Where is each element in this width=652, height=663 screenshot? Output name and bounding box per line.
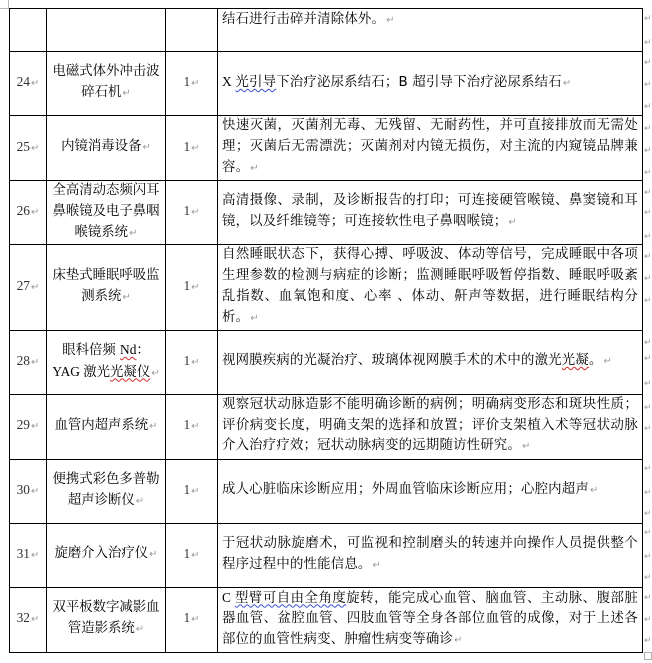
paragraph-mark-icon: ↵ bbox=[644, 509, 652, 519]
description-cell[interactable]: X 光引导下治疗泌尿系结石；B 超引导下治疗泌尿系结石↵ bbox=[218, 52, 643, 116]
page-corner-mark bbox=[0, 0, 9, 9]
description-cell[interactable]: 自然睡眠状态下，获得心搏、呼吸波、体动等信号，完成睡眠中各项生理参数的检测与病症… bbox=[218, 245, 643, 330]
row-number-cell: 26↵ bbox=[10, 181, 47, 245]
row-number-cell: 28↵ bbox=[10, 330, 47, 394]
device-name-cell bbox=[47, 9, 166, 52]
paragraph-mark-icon: ↵ bbox=[191, 78, 199, 89]
paragraph-mark-icon: ↵ bbox=[644, 338, 652, 348]
table-row: 31↵ 旋磨介入治疗仪↵ 1↵ 于冠状动脉旋磨术，可监视和控制磨头的转速并向操作… bbox=[10, 523, 643, 587]
row-number-cell: 32↵ bbox=[10, 587, 47, 652]
end-of-table-marker bbox=[644, 652, 652, 660]
quantity-cell[interactable]: 1↵ bbox=[166, 587, 218, 652]
quantity-cell[interactable]: 1↵ bbox=[166, 116, 218, 181]
paragraph-mark-icon: ↵ bbox=[122, 88, 130, 99]
grammar-underline: 型臂可自由全角度 bbox=[235, 591, 346, 606]
table-row: 24↵ 电磁式体外冲击波碎石机↵ 1↵ X 光引导下治疗泌尿系结石；B 超引导下… bbox=[10, 52, 643, 116]
paragraph-mark-icon: ↵ bbox=[191, 282, 199, 293]
description-cell[interactable]: 于冠状动脉旋磨术，可监视和控制磨头的转速并向操作人员提供整个程序过程中的性能信息… bbox=[218, 523, 643, 587]
paragraph-mark-icon: ↵ bbox=[644, 252, 652, 262]
table-row: 28↵ 眼科倍频 Nd： YAG 激光光凝仪↵ 1↵ 视网膜疾病的光凝治疗、玻璃… bbox=[10, 330, 643, 394]
quantity-cell[interactable]: 1↵ bbox=[166, 52, 218, 116]
paragraph-mark-icon: ↵ bbox=[31, 282, 39, 293]
paragraph-mark-icon: ↵ bbox=[191, 614, 199, 625]
paragraph-mark-icon: ↵ bbox=[250, 313, 259, 324]
description-cell[interactable]: 成人心脏临床诊断应用；外周血管临床诊断应用；心腔内超声↵ bbox=[218, 459, 643, 523]
paragraph-mark-icon: ↵ bbox=[136, 624, 144, 635]
paragraph-mark-icon: ↵ bbox=[508, 217, 517, 228]
paragraph-mark-icon: ↵ bbox=[644, 102, 652, 112]
paragraph-mark-icon: ↵ bbox=[31, 143, 39, 154]
paragraph-mark-icon: ↵ bbox=[191, 486, 199, 497]
quantity-cell bbox=[166, 9, 218, 52]
paragraph-mark-icon: ↵ bbox=[644, 80, 652, 90]
paragraph-mark-icon: ↵ bbox=[191, 550, 199, 561]
paragraph-mark-icon: ↵ bbox=[644, 296, 652, 306]
paragraph-mark-icon: ↵ bbox=[644, 615, 652, 625]
table-row: 25↵ 内镜消毒设备↵ 1↵ 快速灭菌，灭菌剂无毒、无残留、无耐药性，并可直接排… bbox=[10, 116, 643, 181]
description-cell[interactable]: C 型臂可自由全角度旋转，能完成心血管、脑血管、主动脉、腹部脏器血管、盆腔血管、… bbox=[218, 587, 643, 652]
paragraph-mark-icon: ↵ bbox=[644, 188, 652, 198]
paragraph-mark-icon: ↵ bbox=[373, 560, 382, 571]
paragraph-mark-icon: ↵ bbox=[644, 528, 652, 538]
description-cell[interactable]: 结石进行击碎并清除体外。↵ bbox=[218, 9, 643, 52]
paragraph-mark-icon: ↵ bbox=[644, 636, 652, 646]
paragraph-mark-icon: ↵ bbox=[644, 593, 652, 603]
paragraph-mark-icon: ↵ bbox=[644, 403, 652, 413]
paragraph-mark-icon: ↵ bbox=[590, 485, 599, 496]
quantity-cell[interactable]: 1↵ bbox=[166, 459, 218, 523]
device-name-cell[interactable]: 旋磨介入治疗仪↵ bbox=[47, 523, 166, 587]
row-number-cell: 27↵ bbox=[10, 245, 47, 330]
table-row: 29↵ 血管内超声系统↵ 1↵ 观察冠状动脉造影不能明确诊断的病例；明确病变形态… bbox=[10, 394, 643, 459]
description-cell[interactable]: 高清摄像、录制，及诊断报告的打印；可连接硬管喉镜、鼻窦镜和耳镜，以及纤维镜等；可… bbox=[218, 181, 643, 245]
paragraph-mark-icon: ↵ bbox=[386, 15, 395, 26]
table-row: 32↵ 双平板数字减影血管造影系统↵ 1↵ C 型臂可自由全角度旋转，能完成心血… bbox=[10, 587, 643, 652]
device-name-cell[interactable]: 双平板数字减影血管造影系统↵ bbox=[47, 587, 166, 652]
row-number-cell: 31↵ bbox=[10, 523, 47, 587]
paragraph-mark-icon: ↵ bbox=[31, 550, 39, 561]
paragraph-mark-icon: ↵ bbox=[644, 146, 652, 156]
paragraph-mark-icon: ↵ bbox=[142, 142, 150, 153]
description-cell[interactable]: 快速灭菌，灭菌剂无毒、无残留、无耐药性，并可直接排放而无需处理；灭菌后无需漂洗；… bbox=[218, 116, 643, 181]
paragraph-mark-icon: ↵ bbox=[644, 552, 652, 562]
device-name-cell[interactable]: 便携式彩色多普勒超声诊断仪↵ bbox=[47, 459, 166, 523]
paragraph-mark-icon: ↵ bbox=[31, 357, 39, 368]
device-name-cell[interactable]: 眼科倍频 Nd： YAG 激光光凝仪↵ bbox=[47, 330, 166, 394]
table-row: 30↵ 便携式彩色多普勒超声诊断仪↵ 1↵ 成人心脏临床诊断应用；外周血管临床诊… bbox=[10, 459, 643, 523]
paragraph-mark-icon: ↵ bbox=[644, 58, 652, 68]
paragraph-mark-icon: ↵ bbox=[191, 421, 199, 432]
paragraph-mark-icon: ↵ bbox=[644, 124, 652, 134]
paragraph-mark-icon: ↵ bbox=[31, 78, 39, 89]
quantity-cell[interactable]: 1↵ bbox=[166, 245, 218, 330]
paragraph-mark-icon: ↵ bbox=[250, 163, 259, 174]
spelling-underline: 光凝仪 bbox=[110, 365, 150, 380]
device-name-cell[interactable]: 血管内超声系统↵ bbox=[47, 394, 166, 459]
row-number-cell: 29↵ bbox=[10, 394, 47, 459]
device-name-cell[interactable]: 电磁式体外冲击波碎石机↵ bbox=[47, 52, 166, 116]
description-cell[interactable]: 视网膜疾病的光凝治疗、玻璃体视网膜手术的术中的激光光凝。↵ bbox=[218, 330, 643, 394]
paragraph-mark-icon: ↵ bbox=[644, 464, 652, 474]
table-row: 27↵ 床垫式睡眠呼吸监测系统↵ 1↵ 自然睡眠状态下，获得心搏、呼吸波、体动等… bbox=[10, 245, 643, 330]
paragraph-mark-icon: ↵ bbox=[149, 421, 157, 432]
paragraph-mark-icon: ↵ bbox=[454, 635, 463, 646]
device-name-cell[interactable]: 床垫式睡眠呼吸监测系统↵ bbox=[47, 245, 166, 330]
paragraph-mark-icon: ↵ bbox=[644, 354, 652, 364]
paragraph-mark-icon: ↵ bbox=[522, 441, 531, 452]
paragraph-mark-icon: ↵ bbox=[31, 207, 39, 218]
paragraph-mark-icon: ↵ bbox=[644, 573, 652, 583]
paragraph-mark-icon: ↵ bbox=[191, 143, 199, 154]
paragraph-mark-icon: ↵ bbox=[31, 486, 39, 497]
row-number-cell bbox=[10, 9, 47, 52]
paragraph-mark-icon: ↵ bbox=[191, 357, 199, 368]
quantity-cell[interactable]: 1↵ bbox=[166, 181, 218, 245]
paragraph-mark-icon: ↵ bbox=[644, 274, 652, 284]
quantity-cell[interactable]: 1↵ bbox=[166, 523, 218, 587]
paragraph-mark-icon: ↵ bbox=[644, 232, 652, 242]
paragraph-mark-icon: ↵ bbox=[136, 496, 144, 507]
paragraph-mark-icon: ↵ bbox=[122, 292, 130, 303]
description-cell[interactable]: 观察冠状动脉造影不能明确诊断的病例；明确病变形态和斑块性质；评价病变长度，明确支… bbox=[218, 394, 643, 459]
paragraph-mark-icon: ↵ bbox=[644, 168, 652, 178]
row-number-cell: 24↵ bbox=[10, 52, 47, 116]
paragraph-mark-icon: ↵ bbox=[604, 356, 613, 367]
paragraph-mark-icon: ↵ bbox=[644, 379, 652, 389]
paragraph-mark-icon: ↵ bbox=[191, 207, 199, 218]
paragraph-mark-icon: ↵ bbox=[563, 78, 572, 89]
device-name-cell[interactable]: 全高清动态频闪耳鼻喉镜及电子鼻咽喉镜系统↵ bbox=[47, 181, 166, 245]
paragraph-mark-icon: ↵ bbox=[129, 228, 137, 239]
spelling-underline: Nd bbox=[120, 342, 136, 357]
paragraph-mark-icon: ↵ bbox=[644, 488, 652, 498]
equipment-table: 结石进行击碎并清除体外。↵ 24↵ 电磁式体外冲击波碎石机↵ 1↵ X 光引导下… bbox=[9, 8, 643, 653]
paragraph-mark-icon: ↵ bbox=[644, 424, 652, 434]
row-number-cell: 30↵ bbox=[10, 459, 47, 523]
paragraph-mark-icon: ↵ bbox=[149, 549, 157, 560]
table-row: 结石进行击碎并清除体外。↵ bbox=[10, 9, 643, 52]
grammar-underline: 光引导 bbox=[235, 75, 276, 90]
paragraph-mark-icon: ↵ bbox=[31, 421, 39, 432]
row-number-cell: 25↵ bbox=[10, 116, 47, 181]
spelling-underline: 光凝 bbox=[562, 353, 589, 368]
paragraph-mark-icon: ↵ bbox=[151, 368, 159, 379]
paragraph-mark-icon: ↵ bbox=[644, 38, 652, 48]
device-name-cell[interactable]: 内镜消毒设备↵ bbox=[47, 116, 166, 181]
paragraph-mark-icon: ↵ bbox=[644, 208, 652, 218]
paragraph-mark-icon: ↵ bbox=[31, 614, 39, 625]
paragraph-mark-icon: ↵ bbox=[644, 14, 652, 24]
quantity-cell[interactable]: 1↵ bbox=[166, 330, 218, 394]
quantity-cell[interactable]: 1↵ bbox=[166, 394, 218, 459]
table-row: 26↵ 全高清动态频闪耳鼻喉镜及电子鼻咽喉镜系统↵ 1↵ 高清摄像、录制，及诊断… bbox=[10, 181, 643, 245]
